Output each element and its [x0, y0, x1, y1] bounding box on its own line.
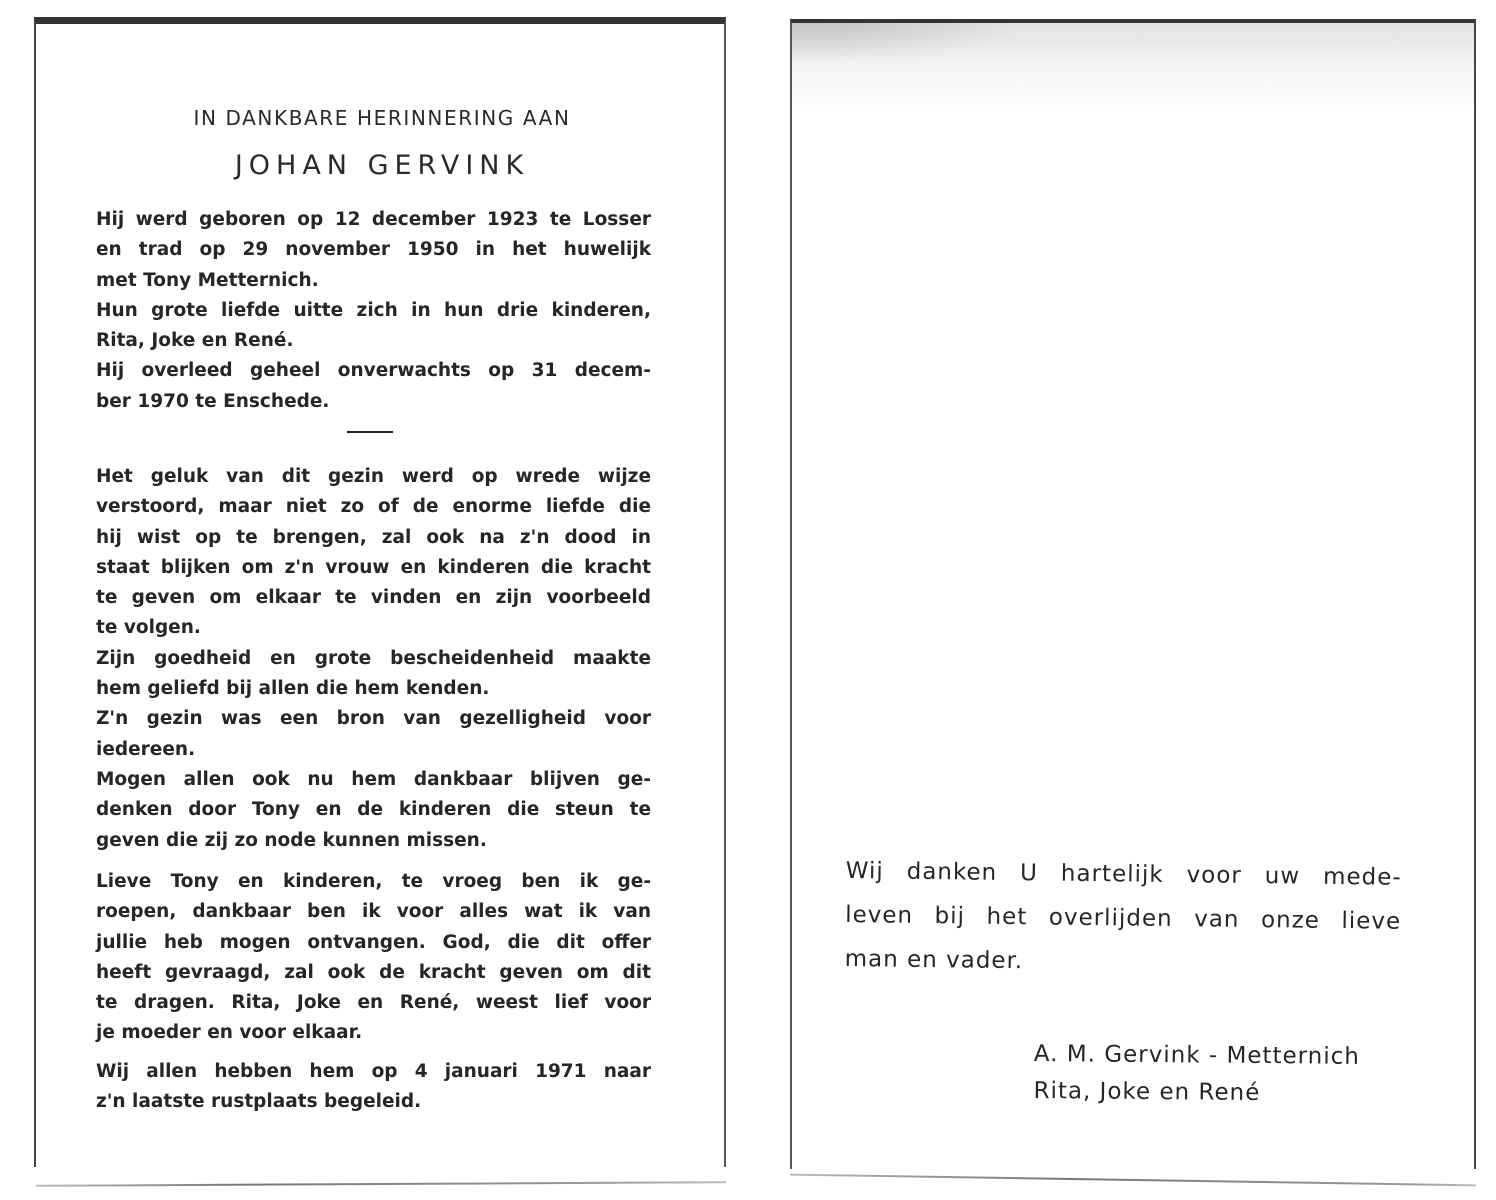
- family-signature: A. M. Gervink - Metternich Rita, Joke en…: [1033, 1036, 1360, 1113]
- text-line: te dragen. Rita, Joke en René, weest lie…: [96, 988, 651, 1018]
- text-line: roepen, dankbaar ben ik voor alles wat i…: [96, 897, 651, 927]
- memorial-card-front: IN DANKBARE HERINNERING AAN JOHAN GERVIN…: [34, 17, 726, 1167]
- text-line: leven bij het overlijden van onze lieve: [845, 893, 1401, 944]
- text-line: z'n laatste rustplaats begeleid.: [96, 1087, 651, 1117]
- text-line: hem geliefd bij allen die hem kenden.: [96, 674, 651, 704]
- text-line: Rita, Joke en René.: [96, 326, 651, 356]
- text-line: je moeder en voor elkaar.: [96, 1018, 651, 1048]
- text-line: geven die zij zo node kunnen missen.: [96, 826, 651, 856]
- text-line: Hij overleed geheel onverwachts op 31 de…: [96, 356, 651, 386]
- burial-paragraph: Wij allen hebben hem op 4 januari 1971 n…: [96, 1057, 651, 1118]
- farewell-message-paragraph: Lieve Tony en kinderen, te vroeg ben ik …: [96, 867, 651, 1049]
- text-line: man en vader.: [844, 937, 1400, 988]
- text-line: jullie heb mogen ontvangen. God, die dit…: [96, 928, 651, 958]
- deceased-name: JOHAN GERVINK: [36, 150, 728, 181]
- signature-line-widow: A. M. Gervink - Metternich: [1034, 1036, 1360, 1076]
- text-line: iedereen.: [96, 735, 651, 765]
- text-line: Z'n gezin was een bron van gezelligheid …: [96, 704, 651, 734]
- text-line: Lieve Tony en kinderen, te vroeg ben ik …: [96, 867, 651, 897]
- text-line: en trad op 29 november 1950 in het huwel…: [96, 235, 651, 265]
- text-line: hij wist op te brengen, zal ook na z'n d…: [96, 523, 651, 553]
- text-line: met Tony Metternich.: [96, 266, 651, 296]
- section-divider: [347, 431, 393, 433]
- text-line: heeft gevraagd, zal ook de kracht geven …: [96, 958, 651, 988]
- memorial-card-back: Wij danken U hartelijk voor uw mede-leve…: [790, 19, 1476, 1169]
- signature-line-children: Rita, Joke en René: [1033, 1073, 1359, 1113]
- biography-paragraph: Hij werd geboren op 12 december 1923 te …: [96, 205, 651, 417]
- text-line: Mogen allen ook nu hem dankbaar blijven …: [96, 765, 651, 795]
- text-line: denken door Tony en de kinderen die steu…: [96, 795, 651, 825]
- text-line: Hun grote liefde uitte zich in hun drie …: [96, 296, 651, 326]
- text-line: Hij werd geboren op 12 december 1923 te …: [96, 205, 651, 235]
- text-line: verstoord, maar niet zo of de enorme lie…: [96, 492, 651, 522]
- card-heading: IN DANKBARE HERINNERING AAN: [36, 106, 728, 130]
- text-line: Wij allen hebben hem op 4 januari 1971 n…: [96, 1057, 651, 1087]
- tribute-paragraph: Het geluk van dit gezin werd op wrede wi…: [96, 462, 651, 856]
- text-line: Wij danken U hartelijk voor uw mede-: [845, 849, 1401, 900]
- text-line: staat blijken om z'n vrouw en kinderen d…: [96, 553, 651, 583]
- text-line: ber 1970 te Enschede.: [96, 387, 651, 417]
- text-line: te volgen.: [96, 613, 651, 643]
- text-line: te geven om elkaar te vinden en zijn voo…: [96, 583, 651, 613]
- thank-you-message: Wij danken U hartelijk voor uw mede-leve…: [844, 849, 1402, 988]
- text-line: Zijn goedheid en grote bescheidenheid ma…: [96, 644, 651, 674]
- text-line: Het geluk van dit gezin werd op wrede wi…: [96, 462, 651, 492]
